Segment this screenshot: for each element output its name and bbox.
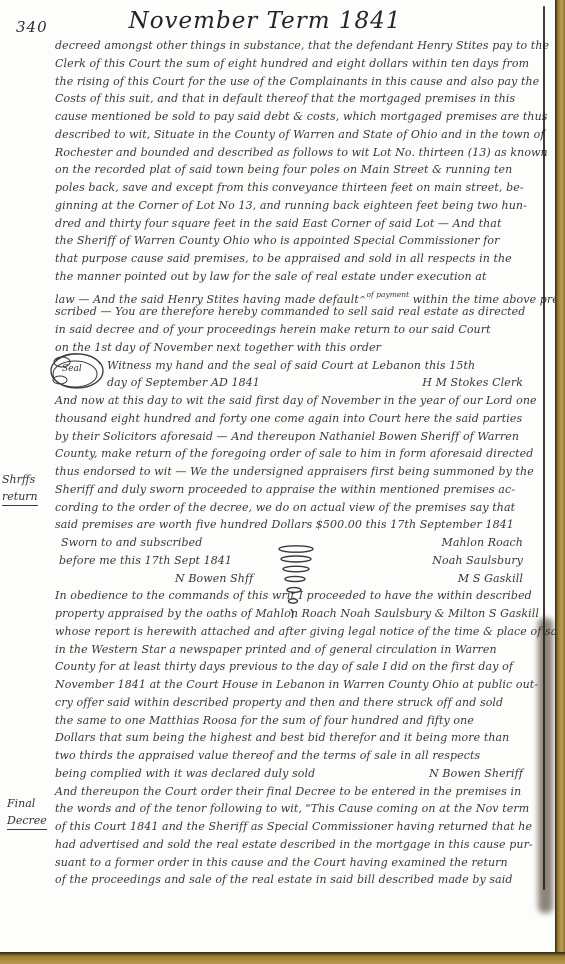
- manuscript-line: on the recorded plat of said town being …: [55, 161, 525, 179]
- manuscript-line-text: ginning at the Corner of Lot No 13, and …: [55, 197, 527, 215]
- manuscript-line-text: Sheriff and duly sworn proceeded to appr…: [55, 481, 515, 499]
- manuscript-line-text: the words and of the tenor following to …: [55, 800, 529, 818]
- manuscript-line: poles back, save and except from this co…: [55, 179, 525, 197]
- manuscript-line: cording to the order of the decree, we d…: [55, 499, 525, 517]
- manuscript-line-text: two thirds the appraised value thereof a…: [55, 747, 480, 765]
- manuscript-line-text: dred and thirty four square feet in the …: [55, 215, 501, 233]
- manuscript-line-text: had advertised and sold the real estate …: [55, 836, 533, 854]
- manuscript-line: cry offer said within described property…: [55, 694, 525, 712]
- manuscript-line: cause mentioned be sold to pay said debt…: [55, 108, 525, 126]
- manuscript-line: that purpose cause said premises, to be …: [55, 250, 525, 268]
- manuscript-line: on the 1st day of November next together…: [55, 339, 525, 357]
- manuscript-line: described to wit, Situate in the County …: [55, 126, 525, 144]
- manuscript-line-text: of the proceedings and sale of the real …: [55, 871, 513, 889]
- manuscript-line-text: that purpose cause said premises, to be …: [55, 250, 512, 268]
- manuscript-line: suant to a former order in this cause an…: [55, 854, 525, 872]
- book-cover-edge-bottom: [0, 952, 565, 964]
- manuscript-line: two thirds the appraised value thereof a…: [55, 747, 525, 765]
- manuscript-line-text: N Bowen Shff: [175, 570, 253, 588]
- manuscript-line-text: Costs of this suit, and that in default …: [55, 90, 515, 108]
- binding-smudge: [538, 618, 553, 913]
- seal-label: Seal: [62, 364, 82, 374]
- manuscript-line: Rochester and bounded and described as f…: [55, 144, 525, 162]
- manuscript-line: the same to one Matthias Roosa for the s…: [55, 712, 525, 730]
- manuscript-line: the Sheriff of Warren County Ohio who is…: [55, 232, 525, 250]
- manuscript-line: said premises are worth five hundred Dol…: [55, 516, 525, 534]
- manuscript-line: of this Court 1841 and the Sheriff as Sp…: [55, 818, 525, 836]
- manuscript-line: thousand eight hundred and forty one com…: [55, 410, 525, 428]
- manuscript-line-text: day of September AD 1841: [107, 374, 260, 392]
- manuscript-line-text: cording to the order of the decree, we d…: [55, 499, 515, 517]
- book-cover-edge-right: [555, 0, 565, 964]
- manuscript-line-text: cause mentioned be sold to pay said debt…: [55, 108, 548, 126]
- manuscript-line-text: the manner pointed out by law for the sa…: [55, 268, 486, 286]
- manuscript-line-text: County for at least thirty days previous…: [55, 658, 513, 676]
- manuscript-line: ginning at the Corner of Lot No 13, and …: [55, 197, 525, 215]
- manuscript-line-text: of this Court 1841 and the Sheriff as Sp…: [55, 818, 532, 836]
- manuscript-line: scribed — You are therefore hereby comma…: [55, 303, 525, 321]
- manuscript-line-text: law — And the said Henry Stites having m…: [55, 286, 563, 304]
- margin-note-text: Shrffs: [2, 471, 38, 488]
- manuscript-line: dred and thirty four square feet in the …: [55, 215, 525, 233]
- manuscript-line: Costs of this suit, and that in default …: [55, 90, 525, 108]
- manuscript-line-text: decreed amongst other things in substanc…: [55, 37, 549, 55]
- margin-note-text: return: [2, 488, 38, 506]
- manuscript-line: Sheriff and duly sworn proceeded to appr…: [55, 481, 525, 499]
- manuscript-line-text: being complied with it was declared duly…: [55, 765, 315, 783]
- manuscript-line-text: the Sheriff of Warren County Ohio who is…: [55, 232, 499, 250]
- manuscript-line-text: whose report is herewith attached and af…: [55, 623, 565, 641]
- signature-text: Mahlon Roach: [441, 534, 525, 552]
- signature-text: M S Gaskill: [458, 570, 525, 588]
- manuscript-line-text: Clerk of this Court the sum of eight hun…: [55, 55, 529, 73]
- court-seal: Seal: [48, 350, 106, 396]
- margin-note-text: Final: [7, 795, 47, 812]
- page-title: November Term 1841: [0, 8, 530, 34]
- manuscript-line: being complied with it was declared duly…: [55, 765, 525, 783]
- manuscript-line-text: on the recorded plat of said town being …: [55, 161, 512, 179]
- manuscript-line-text: scribed — You are therefore hereby comma…: [55, 303, 525, 321]
- manuscript-line-text: Sworn to and subscribed: [61, 534, 202, 552]
- manuscript-line: of the proceedings and sale of the real …: [55, 871, 525, 889]
- manuscript-line-text: in the Western Star a newspaper printed …: [55, 641, 497, 659]
- manuscript-line-text: Witness my hand and the seal of said Cou…: [107, 357, 475, 375]
- manuscript-line-text: the same to one Matthias Roosa for the s…: [55, 712, 474, 730]
- manuscript-line: in the Western Star a newspaper printed …: [55, 641, 525, 659]
- manuscript-line-text: in said decree and of your proceedings h…: [55, 321, 491, 339]
- manuscript-line-text: the rising of this Court for the use of …: [55, 73, 539, 91]
- manuscript-line: the manner pointed out by law for the sa…: [55, 268, 525, 286]
- manuscript-line: November 1841 at the Court House in Leba…: [55, 676, 525, 694]
- ink-flourish-icon: [276, 543, 316, 623]
- manuscript-line-text: poles back, save and except from this co…: [55, 179, 524, 197]
- manuscript-line: the rising of this Court for the use of …: [55, 73, 525, 91]
- manuscript-line-text: by their Solicitors aforesaid — And ther…: [55, 428, 519, 446]
- manuscript-line-text: And thereupon the Court order their fina…: [55, 783, 521, 801]
- manuscript-line-text: And now at this day to wit the said firs…: [55, 392, 537, 410]
- margin-note-sheriffs-return: Shrffs return: [2, 471, 38, 506]
- manuscript-line: And thereupon the Court order their fina…: [55, 783, 525, 801]
- manuscript-line: decreed amongst other things in substanc…: [55, 37, 525, 55]
- manuscript-line-text: thus endorsed to wit — We the undersigne…: [55, 463, 534, 481]
- manuscript-line-text: before me this 17th Sept 1841: [59, 552, 232, 570]
- manuscript-line: Dollars that sum being the highest and b…: [55, 729, 525, 747]
- manuscript-line-text: Rochester and bounded and described as f…: [55, 144, 548, 162]
- signature-text: H M Stokes Clerk: [422, 374, 525, 392]
- manuscript-line: had advertised and sold the real estate …: [55, 836, 525, 854]
- manuscript-line: by their Solicitors aforesaid — And ther…: [55, 428, 525, 446]
- manuscript-line: day of September AD 1841H M Stokes Clerk: [55, 374, 525, 392]
- manuscript-line-text: cry offer said within described property…: [55, 694, 503, 712]
- manuscript-line-text: November 1841 at the Court House in Leba…: [55, 676, 538, 694]
- signature-text: Noah Saulsbury: [432, 552, 525, 570]
- manuscript-line-text: described to wit, Situate in the County …: [55, 126, 544, 144]
- manuscript-lines: decreed amongst other things in substanc…: [55, 37, 525, 889]
- signature-text: N Bowen Sheriff: [429, 765, 525, 783]
- manuscript-line: And now at this day to wit the said firs…: [55, 392, 525, 410]
- manuscript-line-text: thousand eight hundred and forty one com…: [55, 410, 522, 428]
- manuscript-line-text: suant to a former order in this cause an…: [55, 854, 508, 872]
- manuscript-line: the words and of the tenor following to …: [55, 800, 525, 818]
- margin-note-text: Decree: [7, 812, 47, 830]
- manuscript-line-text: County, make return of the foregoing ord…: [55, 445, 533, 463]
- manuscript-line: law — And the said Henry Stites having m…: [55, 286, 525, 304]
- manuscript-line: County for at least thirty days previous…: [55, 658, 525, 676]
- manuscript-page: 340 November Term 1841 decreed amongst o…: [0, 0, 565, 964]
- inserted-word: of payment: [367, 290, 410, 299]
- manuscript-line-text: said premises are worth five hundred Dol…: [55, 516, 514, 534]
- manuscript-line-text: Dollars that sum being the highest and b…: [55, 729, 509, 747]
- manuscript-line: Witness my hand and the seal of said Cou…: [55, 357, 525, 375]
- manuscript-line: thus endorsed to wit — We the undersigne…: [55, 463, 525, 481]
- manuscript-line: Clerk of this Court the sum of eight hun…: [55, 55, 525, 73]
- manuscript-line: whose report is herewith attached and af…: [55, 623, 525, 641]
- manuscript-line: County, make return of the foregoing ord…: [55, 445, 525, 463]
- manuscript-line: in said decree and of your proceedings h…: [55, 321, 525, 339]
- margin-note-final-decree: Final Decree: [7, 795, 47, 830]
